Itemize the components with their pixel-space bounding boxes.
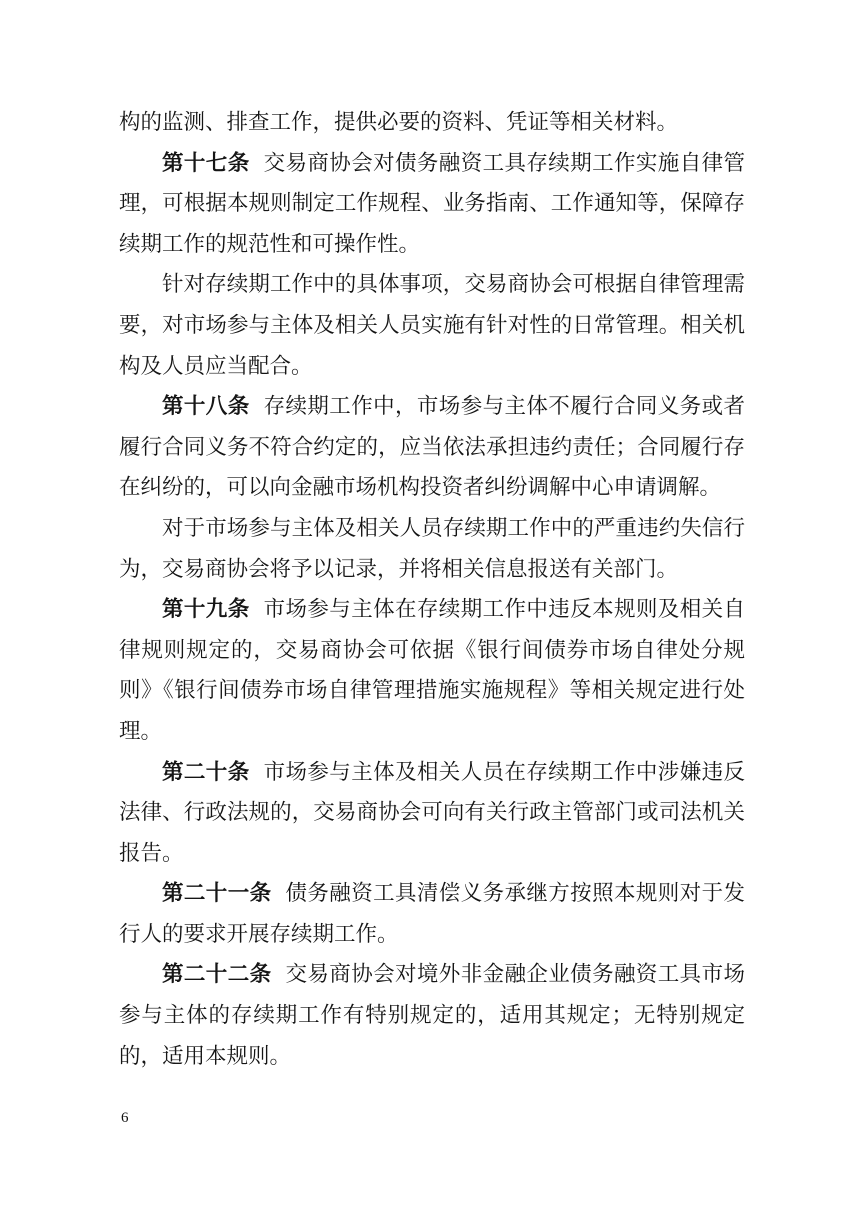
paragraph: 构的监测、排查工作，提供必要的资料、凭证等相关材料。 bbox=[119, 102, 745, 143]
paragraph: 第十九条市场参与主体在存续期工作中违反本规则及相关自律规则规定的，交易商协会可依… bbox=[119, 589, 745, 751]
article-number: 第十八条 bbox=[162, 394, 250, 418]
paragraph: 第二十二条交易商协会对境外非金融企业债务融资工具市场参与主体的存续期工作有特别规… bbox=[119, 954, 745, 1076]
paragraph-text: 构的监测、排查工作，提供必要的资料、凭证等相关材料。 bbox=[119, 110, 678, 134]
article-number: 第十九条 bbox=[162, 597, 250, 621]
article-number: 第二十条 bbox=[162, 760, 250, 784]
paragraph: 第二十条市场参与主体及相关人员在存续期工作中涉嫌违反法律、行政法规的，交易商协会… bbox=[119, 752, 745, 874]
page-number: 6 bbox=[121, 1108, 129, 1128]
article-number: 第十七条 bbox=[162, 151, 250, 175]
article-number: 第二十一条 bbox=[162, 881, 272, 905]
paragraph: 针对存续期工作中的具体事项，交易商协会可根据自律管理需要，对市场参与主体及相关人… bbox=[119, 264, 745, 386]
paragraph: 第十七条交易商协会对债务融资工具存续期工作实施自律管理，可根据本规则制定工作规程… bbox=[119, 143, 745, 265]
paragraph-text: 针对存续期工作中的具体事项，交易商协会可根据自律管理需要，对市场参与主体及相关人… bbox=[119, 272, 745, 377]
paragraph: 第十八条存续期工作中，市场参与主体不履行合同义务或者履行合同义务不符合约定的，应… bbox=[119, 386, 745, 508]
document-page: 构的监测、排查工作，提供必要的资料、凭证等相关材料。 第十七条交易商协会对债务融… bbox=[0, 0, 860, 1216]
paragraph: 第二十一条债务融资工具清偿义务承继方按照本规则对于发行人的要求开展存续期工作。 bbox=[119, 873, 745, 954]
paragraph-text: 对于市场参与主体及相关人员存续期工作中的严重违约失信行为，交易商协会将予以记录，… bbox=[119, 516, 745, 581]
article-number: 第二十二条 bbox=[162, 962, 272, 986]
document-body: 构的监测、排查工作，提供必要的资料、凭证等相关材料。 第十七条交易商协会对债务融… bbox=[119, 102, 745, 1076]
paragraph: 对于市场参与主体及相关人员存续期工作中的严重违约失信行为，交易商协会将予以记录，… bbox=[119, 508, 745, 589]
